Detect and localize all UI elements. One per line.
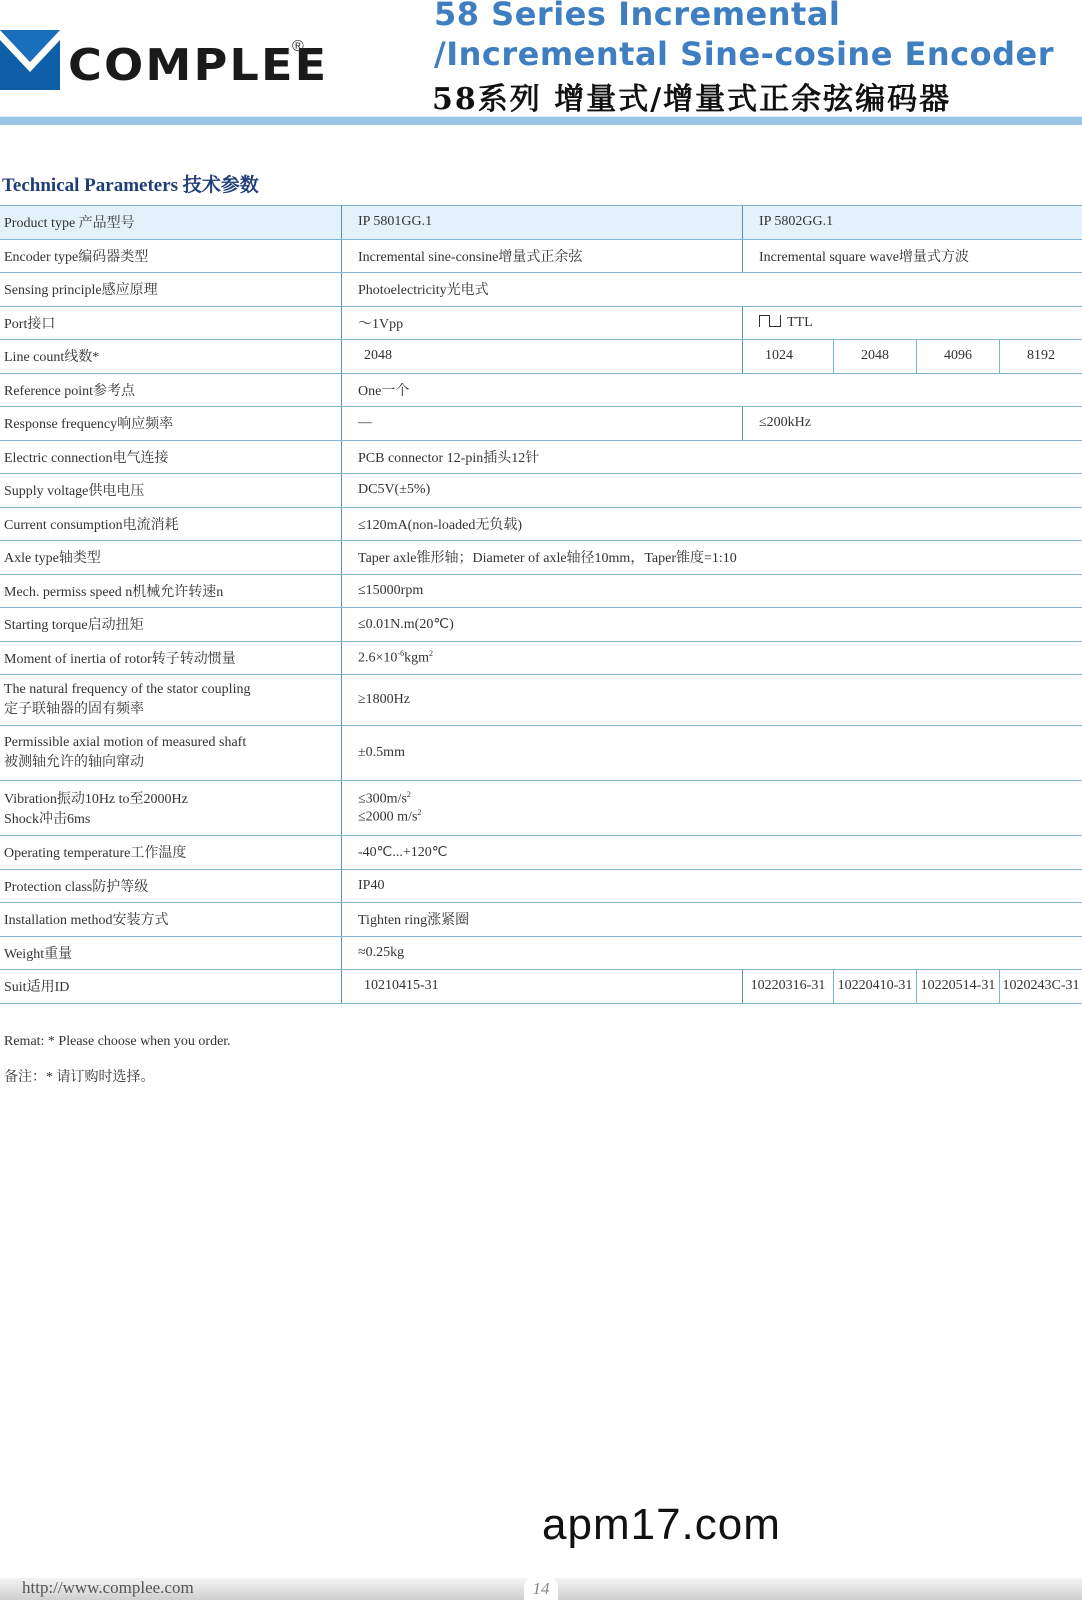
table-row: Starting torque启动扭矩 ≤0.01N.m(20℃): [0, 608, 1082, 642]
table-row: Port接口 ～1Vpp TTL: [0, 306, 1082, 340]
port-2: TTL: [743, 306, 1082, 340]
row-label: Vibration振动10Hz to至2000HzShock冲击6ms: [0, 781, 342, 836]
remark-en: Remat: * Please choose when you order.: [4, 1034, 231, 1050]
protection-value: IP40: [342, 869, 1082, 903]
line-count-option: 8192: [1000, 340, 1082, 374]
row-label: Weight重量: [0, 936, 342, 970]
suit-id-option: 10220514-31: [917, 970, 1000, 1004]
encoder-type-2: Incremental square wave增量式方波: [743, 239, 1082, 273]
page-number: 14: [524, 1574, 558, 1600]
footer-url-link[interactable]: http://www.complee.com: [22, 1578, 194, 1598]
row-label: Response frequency响应频率: [0, 407, 342, 441]
label-line-en: Vibration振动10Hz to至2000Hz: [4, 788, 337, 808]
table-row: Supply voltage供电电压 DC5V(±5%): [0, 474, 1082, 508]
table-row: Encoder type编码器类型 Incremental sine-consi…: [0, 239, 1082, 273]
table-row: Mech. permiss speed n机械允许转速n ≤15000rpm: [0, 574, 1082, 608]
port-1: ～1Vpp: [342, 306, 743, 340]
product-type-2: IP 5802GG.1: [743, 206, 1082, 240]
row-label: Sensing principle感应原理: [0, 273, 342, 307]
response-1: —: [342, 407, 743, 441]
installation-value: Tighten ring涨紧圈: [342, 903, 1082, 937]
line-count-1: 2048: [342, 340, 743, 374]
table-row: Axle type轴类型 Taper axle锥形轴；Diameter of a…: [0, 541, 1082, 575]
row-label: Starting torque启动扭矩: [0, 608, 342, 642]
encoder-type-1: Incremental sine-consine增量式正余弦: [342, 239, 743, 273]
suit-id-1: 10210415-31: [342, 970, 743, 1004]
table-row: Operating temperature工作温度 -40℃...+120℃: [0, 836, 1082, 870]
inertia-mantissa: 2.6×10: [358, 651, 397, 666]
row-label: Suit适用ID: [0, 970, 342, 1004]
row-label: Port接口: [0, 306, 342, 340]
brand-name: COMPLEE: [68, 40, 328, 91]
section-title: Technical Parameters 技术参数: [2, 170, 259, 197]
table-row: Product type 产品型号 IP 5801GG.1 IP 5802GG.…: [0, 206, 1082, 240]
row-label: Supply voltage供电电压: [0, 474, 342, 508]
line-count-option: 4096: [917, 340, 1000, 374]
technical-parameters-table: Product type 产品型号 IP 5801GG.1 IP 5802GG.…: [0, 205, 1082, 1004]
watermark: apm17.com: [542, 1500, 781, 1550]
table-row: The natural frequency of the stator coup…: [0, 675, 1082, 726]
row-label: Installation method安装方式: [0, 903, 342, 937]
inertia-unit: kgm: [404, 651, 429, 666]
row-label: Electric connection电气连接: [0, 440, 342, 474]
suit-id-option: 10220316-31: [743, 970, 834, 1004]
product-type-1: IP 5801GG.1: [342, 206, 743, 240]
supply-value: DC5V(±5%): [342, 474, 1082, 508]
row-label: Product type 产品型号: [0, 206, 342, 240]
reference-value: One一个: [342, 373, 1082, 407]
header-divider: [0, 116, 1082, 125]
temperature-value: -40℃...+120℃: [342, 836, 1082, 870]
port-2-text: TTL: [787, 315, 813, 330]
electric-value: PCB connector 12-pin插头12针: [342, 440, 1082, 474]
label-line-cn: 定子联轴器的固有频率: [4, 698, 337, 718]
inertia-value: 2.6×10-6kgm2: [342, 641, 1082, 675]
sensing-value: Photoelectricity光电式: [342, 273, 1082, 307]
registered-mark: ®: [292, 38, 304, 56]
vibration-value: ≤300m/s2≤2000 m/s2: [342, 781, 1082, 836]
table-row: Installation method安装方式 Tighten ring涨紧圈: [0, 903, 1082, 937]
table-row: Current consumption电流消耗 ≤120mA(non-loade…: [0, 507, 1082, 541]
row-label: Protection class防护等级: [0, 869, 342, 903]
label-line-cn: Shock冲击6ms: [4, 808, 337, 828]
torque-value: ≤0.01N.m(20℃): [342, 608, 1082, 642]
square-wave-icon: [759, 315, 781, 327]
row-label: Moment of inertia of rotor转子转动惯量: [0, 641, 342, 675]
current-value: ≤120mA(non-loaded无负载): [342, 507, 1082, 541]
complee-logo-icon: [0, 30, 60, 90]
vibration-limit: ≤300m/s: [358, 792, 407, 807]
row-label: Encoder type编码器类型: [0, 239, 342, 273]
row-label: Permissible axial motion of measured sha…: [0, 726, 342, 781]
remark-cn: 备注：* 请订购时选择。: [4, 1066, 155, 1086]
shock-limit: ≤2000 m/s: [358, 810, 417, 825]
table-row: Vibration振动10Hz to至2000HzShock冲击6ms ≤300…: [0, 781, 1082, 836]
exponent: 2: [407, 790, 411, 799]
weight-value: ≈0.25kg: [342, 936, 1082, 970]
response-2: ≤200kHz: [743, 407, 1082, 441]
table-row: Line count线数* 2048 1024 2048 4096 8192: [0, 340, 1082, 374]
row-label: Line count线数*: [0, 340, 342, 374]
title-en-line2: /Incremental Sine-cosine Encoder: [434, 34, 1054, 74]
title-cn: 58系列 增量式/增量式正余弦编码器: [432, 74, 951, 118]
row-label: Mech. permiss speed n机械允许转速n: [0, 574, 342, 608]
natural-freq-value: ≥1800Hz: [342, 675, 1082, 726]
axial-motion-value: ±0.5mm: [342, 726, 1082, 781]
row-label: Reference point参考点: [0, 373, 342, 407]
line-count-option: 1024: [743, 340, 834, 374]
table-row: Electric connection电气连接 PCB connector 12…: [0, 440, 1082, 474]
title-en-line1: 58 Series Incremental: [434, 0, 840, 34]
table-row: Protection class防护等级 IP40: [0, 869, 1082, 903]
suit-id-option: 10220410-31: [834, 970, 917, 1004]
line-count-option: 2048: [834, 340, 917, 374]
table-row: Sensing principle感应原理 Photoelectricity光电…: [0, 273, 1082, 307]
table-row: Weight重量 ≈0.25kg: [0, 936, 1082, 970]
inertia-unit-exponent: 2: [429, 649, 433, 658]
row-label: Operating temperature工作温度: [0, 836, 342, 870]
row-label: The natural frequency of the stator coup…: [0, 675, 342, 726]
row-label: Axle type轴类型: [0, 541, 342, 575]
table-row: Response frequency响应频率 — ≤200kHz: [0, 407, 1082, 441]
label-line-en: The natural frequency of the stator coup…: [4, 682, 337, 698]
table-row: Permissible axial motion of measured sha…: [0, 726, 1082, 781]
row-label: Current consumption电流消耗: [0, 507, 342, 541]
table-row: Suit适用ID 10210415-31 10220316-31 1022041…: [0, 970, 1082, 1004]
speed-value: ≤15000rpm: [342, 574, 1082, 608]
table-row: Reference point参考点 One一个: [0, 373, 1082, 407]
table-row: Moment of inertia of rotor转子转动惯量 2.6×10-…: [0, 641, 1082, 675]
axle-value: Taper axle锥形轴；Diameter of axle轴径10mm，Tap…: [342, 541, 1082, 575]
suit-id-option: 1020243C-31: [1000, 970, 1082, 1004]
label-line-cn: 被测轴允许的轴向窜动: [4, 751, 337, 771]
label-line-en: Permissible axial motion of measured sha…: [4, 735, 337, 751]
exponent: 2: [417, 808, 421, 817]
